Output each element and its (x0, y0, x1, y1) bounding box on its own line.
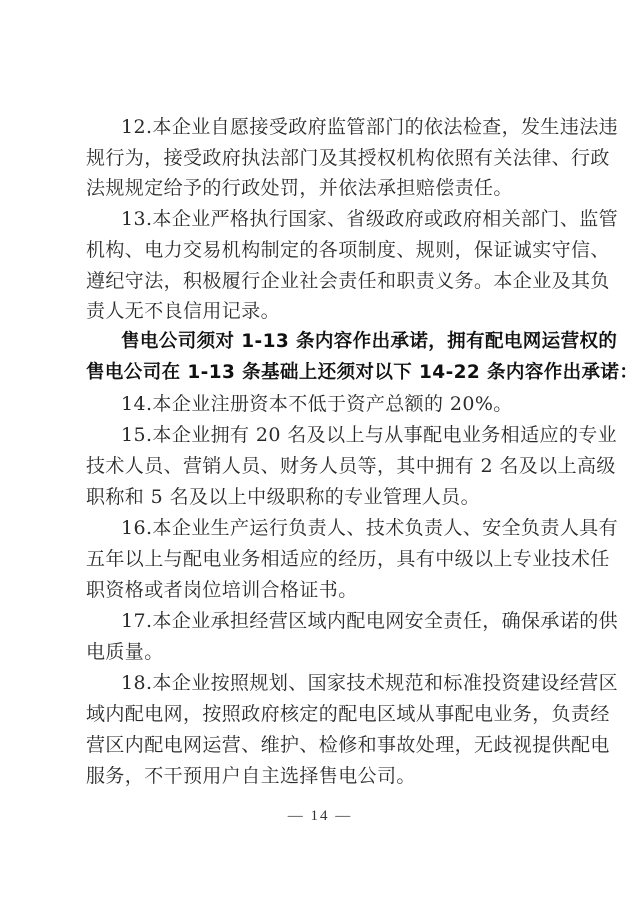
text-line: 职称和 5 名及以上中级职称的专业管理人员。 (86, 482, 556, 512)
text-line-bold: 售电公司在 1-13 条基础上还须对以下 14-22 条内容作出承诺： (86, 358, 556, 388)
text-line: 15.本企业拥有 20 名及以上与从事配电业务相适应的专业 (121, 420, 556, 450)
text-line: 18.本企业按照规划、国家技术规范和标准投资建设经营区 (121, 668, 556, 698)
text-line: 域内配电网，按照政府核定的配电区域从事配电业务，负责经 (86, 699, 556, 729)
text-line: 电质量。 (86, 637, 556, 667)
text-line: 技术人员、营销人员、财务人员等，其中拥有 2 名及以上高级 (86, 451, 556, 481)
text-line: 16.本企业生产运行负责人、技术负责人、安全负责人具有 (121, 513, 556, 543)
text-line: 职资格或者岗位培训合格证书。 (86, 575, 556, 605)
text-line-bold: 售电公司须对 1-13 条内容作出承诺，拥有配电网运营权的 (121, 327, 556, 357)
text-line: 营区内配电网运营、维护、检修和事故处理，无歧视提供配电 (86, 730, 556, 760)
text-line: 服务，不干预用户自主选择售电公司。 (86, 761, 556, 791)
text-line: 责人无不良信用记录。 (86, 296, 556, 326)
text-line: 14.本企业注册资本不低于资产总额的 20%。 (121, 389, 556, 419)
page-number: — 14 — (0, 808, 640, 825)
text-line: 17.本企业承担经营区域内配电网安全责任，确保承诺的供 (121, 606, 556, 636)
text-line: 12.本企业自愿接受政府监管部门的依法检查，发生违法违 (121, 112, 556, 142)
text-line: 法规规定给予的行政处罚，并依法承担赔偿责任。 (86, 173, 556, 203)
text-line: 13.本企业严格执行国家、省级政府或政府相关部门、监管 (121, 204, 556, 234)
text-line: 五年以上与配电业务相适应的经历，具有中级以上专业技术任 (86, 544, 556, 574)
text-line: 机构、电力交易机构制定的各项制度、规则，保证诚实守信、 (86, 235, 556, 265)
document-page: 12.本企业自愿接受政府监管部门的依法检查，发生违法违 规行为，接受政府执法部门… (0, 0, 640, 905)
text-line: 规行为，接受政府执法部门及其授权机构依照有关法律、行政 (86, 143, 556, 173)
text-line: 遵纪守法，积极履行企业社会责任和职责义务。本企业及其负 (86, 266, 556, 296)
